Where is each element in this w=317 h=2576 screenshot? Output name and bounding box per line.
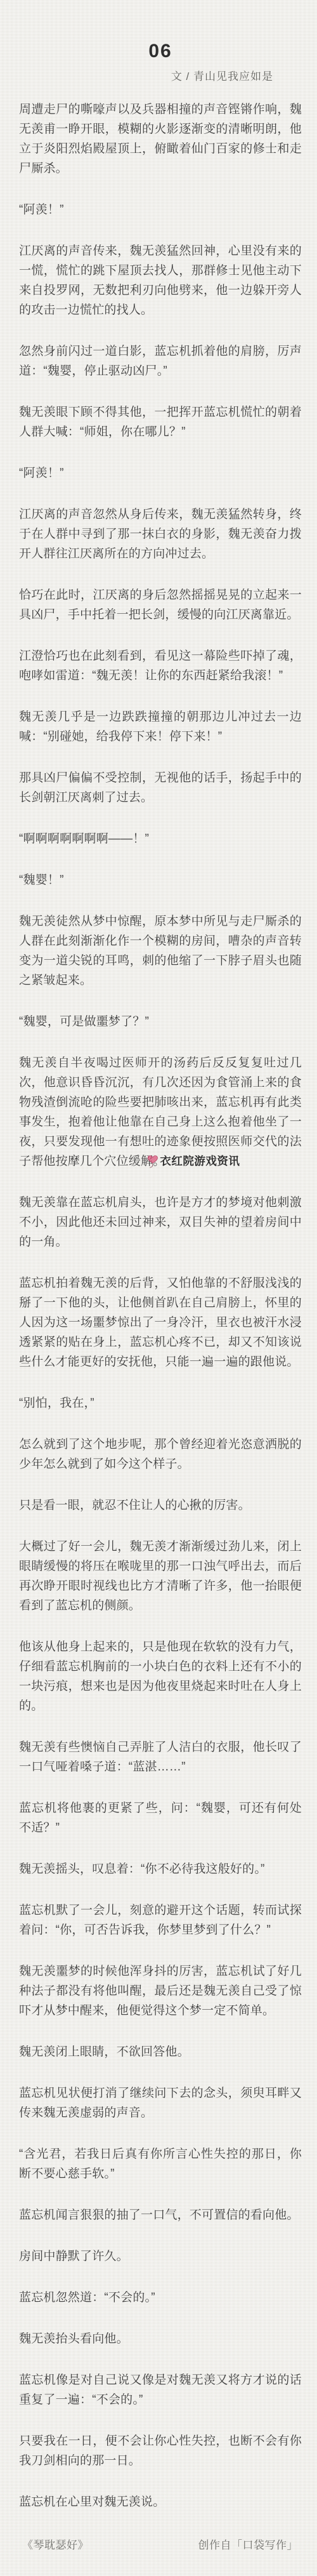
paragraph: 蓝忘机将他裹的更紧了些，问：“魏婴，可还有何处不适？” <box>19 1798 302 1838</box>
paragraph: 只要我在一日，便不会让你心性失控，也断不会有你我刀剑相向的那一日。 <box>19 2431 302 2471</box>
chapter-title: 06 <box>19 41 302 62</box>
paragraph: 魏无羡徒然从梦中惊醒，原本梦中所见与走尸厮杀的人群在此刻渐渐化作一个模糊的房间，… <box>19 912 302 990</box>
paragraph: 房间中静默了许久。 <box>19 2247 302 2266</box>
paragraph: 蓝忘机忽然道：“不会的。” <box>19 2288 302 2307</box>
paragraph: 恰巧在此时，江厌离的身后忽然摇摇晃晃的立起来一具凶尸，手中托着一把长剑，缓慢的向… <box>19 585 302 625</box>
heart-balloon-icon <box>146 1152 160 1169</box>
paragraph: 那具凶尸偏偏不受控制，无视他的话手，扬起手中的长剑朝江厌离刺了过去。 <box>19 768 302 807</box>
paragraph: 大概过了好一会儿，魏无羡才渐渐缓过劲儿来，闭上眼睛缓慢的将压在喉咙里的那一口浊气… <box>19 1537 302 1616</box>
byline: 文 / 青山见我应如是 <box>19 70 302 83</box>
paragraph: 魏无羡眼下顾不得其他，一把挥开蓝忘机慌忙的朝着人群大喊：“师姐，你在哪儿？” <box>19 402 302 442</box>
watermark-label: 衣红院游戏资讯 <box>160 1155 240 1167</box>
paragraph: 魏无羡噩梦的时候他浑身抖的厉害，蓝忘机试了好几种法子都没有将他叫醒，最后还是魏无… <box>19 1962 302 2021</box>
paragraph: “阿羡！” <box>19 200 302 220</box>
paragraph: 魏无羡自半夜喝过医师开的汤药后反反复复吐过几次，他意识昏昏沉沉，有几次还因为食管… <box>19 1053 302 1171</box>
paragraph: “阿羡！” <box>19 463 302 483</box>
novel-page: 06 文 / 青山见我应如是 周遭走尸的嘶嚎声以及兵器相撞的声音铿锵作响，魏无羡… <box>0 0 317 2576</box>
paragraph: 怎么就到了这个地步呢，那个曾经迎着光恣意洒脱的少年怎么就到了如今这个样子。 <box>19 1435 302 1474</box>
paragraph: 蓝忘机见状便打消了继续问下去的念头，须臾耳畔又传来魏无羡虚弱的声音。 <box>19 2083 302 2123</box>
chapter-body: 周遭走尸的嘶嚎声以及兵器相撞的声音铿锵作响，魏无羡甫一睁开眼，模糊的火影逐渐变的… <box>19 100 302 2512</box>
paragraph: 周遭走尸的嘶嚎声以及兵器相撞的声音铿锵作响，魏无羡甫一睁开眼，模糊的火影逐渐变的… <box>19 100 302 178</box>
paragraph: “啊啊啊啊啊啊啊——！” <box>19 829 302 849</box>
paragraph: “含光君，若我日后真有你所言心性失控的那日，你断不要心慈手软。” <box>19 2144 302 2184</box>
paragraph: 蓝忘机闻言狠狠的抽了一口气，不可置信的看向他。 <box>19 2205 302 2225</box>
paragraph: 蓝忘机在心里对魏无羡说。 <box>19 2492 302 2512</box>
paragraph: 蓝忘机拍着魏无羡的后背，又怕他靠的不舒服浅浅的掰了一下他的头，让他侧首趴在自己肩… <box>19 1273 302 1372</box>
footer: 《琴耽瑟好》 创作自「口袋写作」 <box>19 2539 302 2553</box>
paragraph: 他该从他身上起来的，只是他现在软软的没有力气，仔细看蓝忘机胸前的一小块白色的衣料… <box>19 1637 302 1716</box>
paragraph: 魏无羡靠在蓝忘机肩头，也许是方才的梦境对他刺激不小，因此他还未回过神来，双目失神… <box>19 1193 302 1252</box>
paragraph: 蓝忘机像是对自己说又像是对魏无羡又将方才说的话重复了一遍：“不会的。” <box>19 2370 302 2410</box>
paragraph: 只是看一眼，就忍不住让人的心揪的厉害。 <box>19 1496 302 1515</box>
source-credit: 创作自「口袋写作」 <box>198 2539 299 2553</box>
paragraph: 魏无羡几乎是一边跌跌撞撞的朝那边儿冲过去一边喊：“别碰她，给我停下来！停下来！” <box>19 707 302 747</box>
paragraph: 魏无羡有些懊恼自己弄脏了人洁白的衣服，他长叹了一口气哑着嗓子道：“蓝湛……” <box>19 1737 302 1777</box>
paragraph: “别怕，我在，” <box>19 1393 302 1413</box>
paragraph: 魏无羡抬头看向他。 <box>19 2329 302 2349</box>
paragraph: 江澄恰巧也在此刻看到，看见这一幕险些吓掉了魂，咆哮如雷道：“魏无羡！让你的东西赶… <box>19 646 302 686</box>
paragraph: 蓝忘机默了一会儿，刻意的避开这个话题，转而试探着问：“你，可否告诉我，你梦里梦到… <box>19 1901 302 1940</box>
book-title: 《琴耽瑟好》 <box>22 2539 89 2553</box>
watermark: 衣红院游戏资讯 <box>146 1155 240 1168</box>
paragraph: 魏无羡摇头，叹息着：“你不必待我这般好的。” <box>19 1859 302 1879</box>
paragraph: 魏无羡闭上眼睛，不欲回答他。 <box>19 2042 302 2062</box>
paragraph: 江厌离的声音传来，魏无羡猛然回神，心里没有来的一慌，慌忙的跳下屋顶去找人，那群修… <box>19 241 302 320</box>
paragraph: 忽然身前闪过一道白影，蓝忘机抓着他的肩膀，厉声道：“魏婴，停止驱动凶尸。” <box>19 342 302 381</box>
paragraph: 江厌离的声音忽然从身后传来，魏无羡猛然转身，终于在人群中寻到了那一抹白衣的身影，… <box>19 505 302 564</box>
paragraph: “魏婴！” <box>19 870 302 890</box>
paragraph: “魏婴，可是做噩梦了？” <box>19 1012 302 1032</box>
